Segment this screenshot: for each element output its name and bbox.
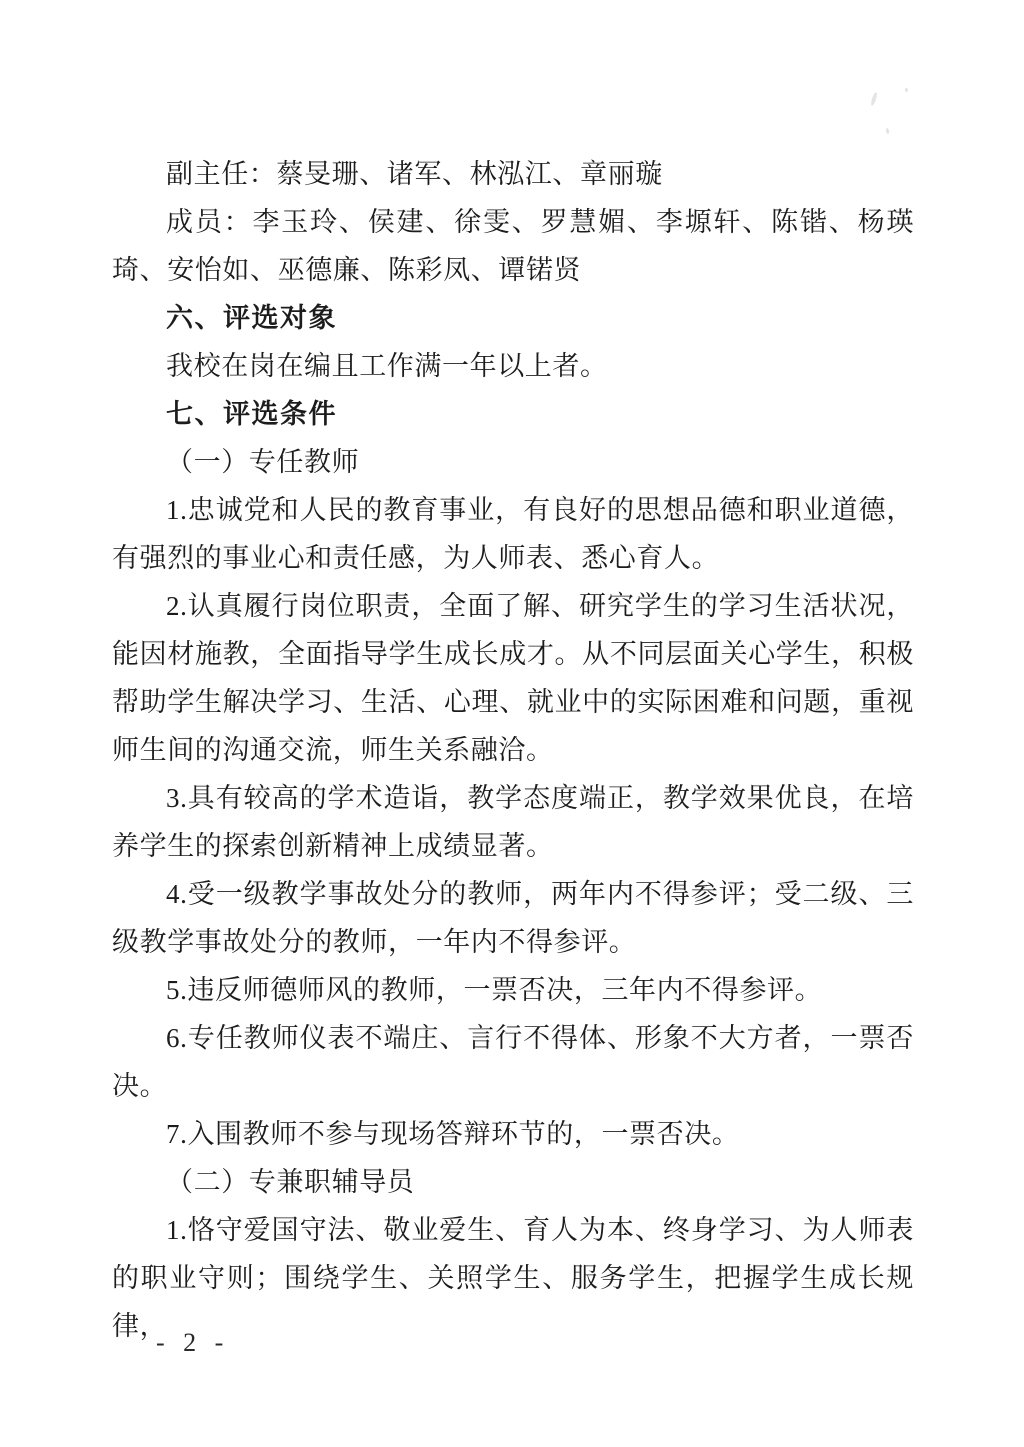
paragraph-counselor-item-1: 1.恪守爱国守法、敬业爱生、育人为本、终身学习、为人师表的职业守则；围绕学生、关… — [112, 1206, 914, 1350]
document-body: 副主任：蔡旻珊、诸军、林泓江、章丽璇 成员：李玉玲、侯建、徐雯、罗慧媚、李塬轩、… — [112, 150, 914, 1350]
subheading-counselors: （二）专兼职辅导员 — [112, 1158, 914, 1206]
paragraph-members: 成员：李玉玲、侯建、徐雯、罗慧媚、李塬轩、陈锴、杨瑛琦、安怡如、巫德廉、陈彩凤、… — [112, 198, 914, 294]
scan-artifact — [886, 128, 890, 134]
paragraph-item-5: 5.违反师德师风的教师，一票否决，三年内不得参评。 — [112, 966, 914, 1014]
scan-artifact — [905, 88, 908, 92]
paragraph-item-6: 6.专任教师仪表不端庄、言行不得体、形象不大方者，一票否决。 — [112, 1014, 914, 1110]
paragraph-item-2: 2.认真履行岗位职责，全面了解、研究学生的学习生活状况，能因材施教，全面指导学生… — [112, 582, 914, 774]
paragraph-item-3: 3.具有较高的学术造诣，教学态度端正，教学效果优良，在培养学生的探索创新精神上成… — [112, 774, 914, 870]
scan-artifact — [870, 92, 878, 107]
paragraph-item-4: 4.受一级教学事故处分的教师，两年内不得参评；受二级、三级教学事故处分的教师，一… — [112, 870, 914, 966]
paragraph-deputy-directors: 副主任：蔡旻珊、诸军、林泓江、章丽璇 — [112, 150, 914, 198]
heading-section-7: 七、评选条件 — [112, 390, 914, 438]
paragraph-item-7: 7.入围教师不参与现场答辩环节的，一票否决。 — [112, 1110, 914, 1158]
document-page: 副主任：蔡旻珊、诸军、林泓江、章丽璇 成员：李玉玲、侯建、徐雯、罗慧媚、李塬轩、… — [0, 0, 1024, 1447]
heading-section-6: 六、评选对象 — [112, 294, 914, 342]
subheading-full-time-teachers: （一）专任教师 — [112, 438, 914, 486]
paragraph-item-1: 1.忠诚党和人民的教育事业，有良好的思想品德和职业道德，有强烈的事业心和责任感，… — [112, 486, 914, 582]
page-number: - 2 - — [156, 1328, 229, 1358]
paragraph-eligibility: 我校在岗在编且工作满一年以上者。 — [112, 342, 914, 390]
